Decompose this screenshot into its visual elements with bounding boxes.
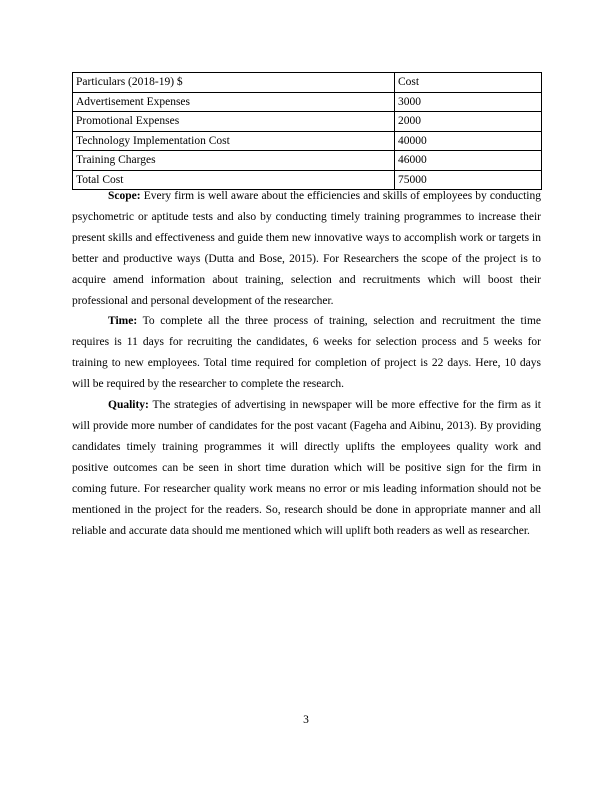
section-heading-time: Time: xyxy=(108,315,137,327)
paragraph-text: To complete all the three process of tra… xyxy=(72,315,541,390)
table-cell-cost: 40000 xyxy=(395,131,542,151)
table-row: Promotional Expenses 2000 xyxy=(73,112,542,132)
table-cell-particular: Promotional Expenses xyxy=(73,112,395,132)
paragraph-quality: Quality: The strategies of advertising i… xyxy=(72,395,541,541)
cost-table: Particulars (2018-19) $ Cost Advertiseme… xyxy=(72,72,542,190)
table-cell-cost: 2000 xyxy=(395,112,542,132)
table-row: Training Charges 46000 xyxy=(73,151,542,171)
table-cell-cost: 3000 xyxy=(395,92,542,112)
paragraph-text: Every firm is well aware about the effic… xyxy=(72,190,541,307)
table-header-cell: Particulars (2018-19) $ xyxy=(73,73,395,93)
section-heading-quality: Quality: xyxy=(108,399,149,411)
paragraph-text: The strategies of advertising in newspap… xyxy=(72,399,541,536)
table-cell-particular: Technology Implementation Cost xyxy=(73,131,395,151)
table-cell-particular: Advertisement Expenses xyxy=(73,92,395,112)
table-cell-cost: 46000 xyxy=(395,151,542,171)
body-text: Scope: Every firm is well aware about th… xyxy=(72,186,541,541)
table-header-cell: Cost xyxy=(395,73,542,93)
table-header-row: Particulars (2018-19) $ Cost xyxy=(73,73,542,93)
table-row: Technology Implementation Cost 40000 xyxy=(73,131,542,151)
paragraph-scope: Scope: Every firm is well aware about th… xyxy=(72,186,541,311)
paragraph-time: Time: To complete all the three process … xyxy=(72,311,541,395)
page-number: 3 xyxy=(0,714,612,726)
section-heading-scope: Scope: xyxy=(108,190,141,202)
table-cell-particular: Training Charges xyxy=(73,151,395,171)
table-row: Advertisement Expenses 3000 xyxy=(73,92,542,112)
